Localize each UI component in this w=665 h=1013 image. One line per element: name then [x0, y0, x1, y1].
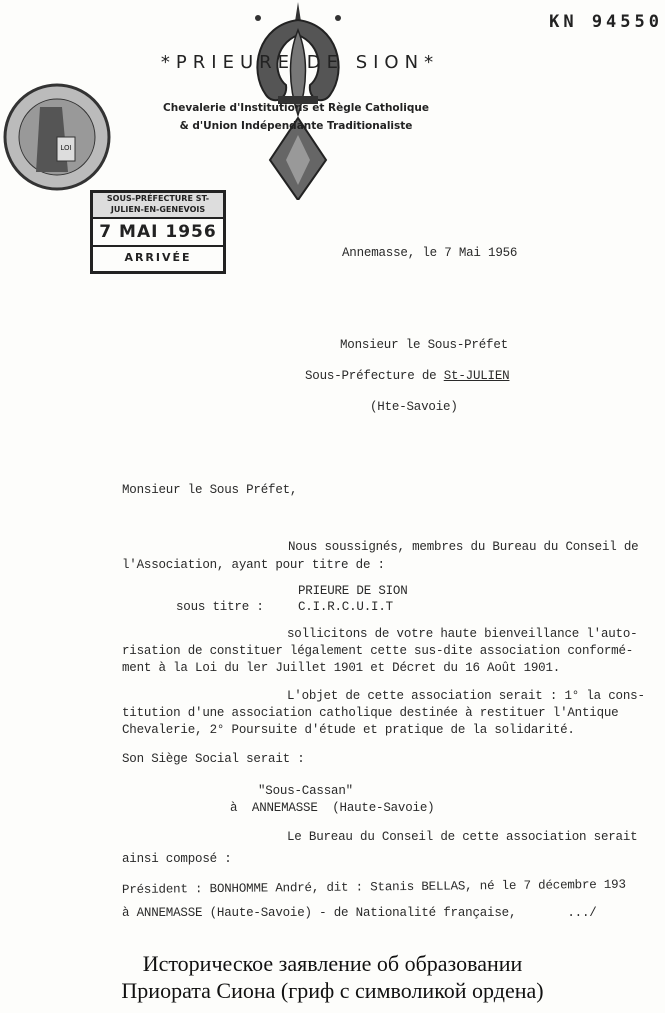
caption-line-1: Историческое заявление об образовании — [0, 951, 665, 977]
body-p1-line2: l'Association, ayant pour titre de : — [122, 558, 385, 572]
addressee-city: St-JULIEN — [444, 369, 510, 383]
addressee-line-3: (Hte-Savoie) — [370, 400, 458, 414]
body-p2-line3: ment à la Loi du ler Juillet 1901 et Déc… — [122, 661, 560, 675]
letterhead-subtitle-2: & d'Union Indépendante Traditionaliste — [96, 120, 496, 132]
body-p2-line1: sollicitons de votre haute bienveillance… — [287, 627, 637, 641]
body-p1-line1: Nous soussignés, membres du Bureau du Co… — [288, 540, 638, 554]
body-p4-line1: Le Bureau du Conseil de cette associatio… — [287, 830, 637, 844]
seat-name: "Sous-Cassan" — [258, 784, 353, 798]
body-p4-line2: ainsi composé : — [122, 852, 232, 866]
addressee-line-1: Monsieur le Sous-Préfet — [340, 338, 508, 352]
association-name: PRIEURE DE SION — [298, 584, 408, 598]
addressee-prefix: Sous-Préfecture de — [305, 369, 444, 383]
subtitle-value: C.I.R.C.U.I.T — [298, 600, 393, 614]
president-line-2: à ANNEMASSE (Haute-Savoie) - de National… — [122, 906, 597, 920]
stamp-status: ARRIVÉE — [93, 247, 223, 269]
letterhead-subtitle-1: Chevalerie d'Institutions et Règle Catho… — [96, 102, 496, 114]
body-p2-line2: risation de constituer légalement cette … — [122, 644, 633, 658]
receipt-stamp: SOUS-PRÉFECTURE ST-JULIEN-EN-GENEVOIS 7 … — [90, 190, 226, 274]
subtitle-label: sous titre : — [176, 600, 264, 614]
body-p3-line3: Chevalerie, 2° Poursuite d'étude et prat… — [122, 723, 575, 737]
place-date: Annemasse, le 7 Mai 1956 — [342, 246, 517, 260]
body-p3-line1: L'objet de cette association serait : 1°… — [287, 689, 645, 703]
president-line-1: Président : BONHOMME André, dit : Stanis… — [122, 878, 626, 897]
addressee-line-2: Sous-Préfecture de St-JULIEN — [305, 369, 509, 383]
seat-city: à ANNEMASSE (Haute-Savoie) — [230, 801, 434, 815]
reference-number: KN 94550 — [549, 12, 663, 32]
fleur-de-lis-emblem-icon — [238, 0, 358, 200]
letterhead-title: *PRIEURE DE SION* — [150, 52, 450, 73]
caption-line-2: Приората Сиона (гриф с символикой ордена… — [0, 978, 665, 1004]
stamp-date: 7 MAI 1956 — [93, 219, 223, 247]
body-p3-line2: titution d'une association catholique de… — [122, 706, 618, 720]
republique-francaise-seal-icon: LOI — [2, 82, 112, 192]
salutation: Monsieur le Sous Préfet, — [122, 483, 297, 497]
stamp-office: SOUS-PRÉFECTURE ST-JULIEN-EN-GENEVOIS — [93, 193, 223, 219]
seal-tablet-text: LOI — [60, 144, 71, 152]
seat-label: Son Siège Social serait : — [122, 752, 305, 766]
